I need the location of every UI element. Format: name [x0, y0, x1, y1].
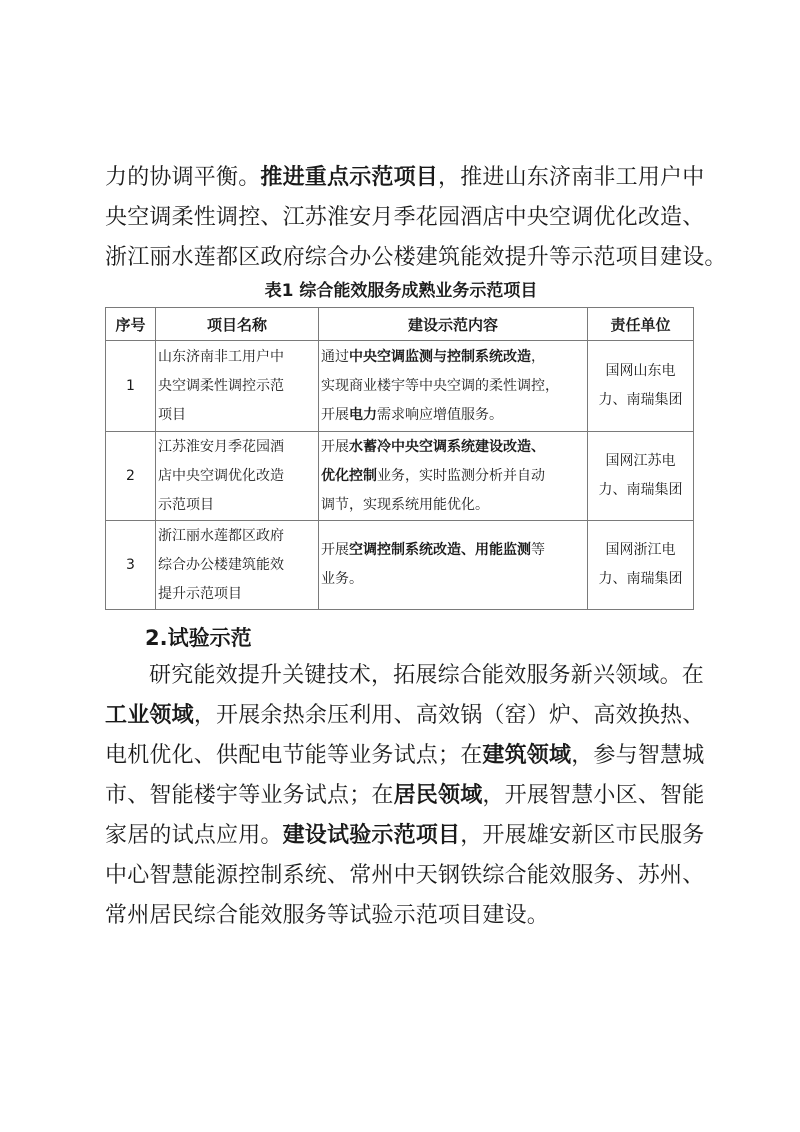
text-line: 工业领域，开展余热余压利用、高效锅（窑）炉、高效换热、 — [105, 696, 697, 736]
table-header-row: 序号 项目名称 建设示范内容 责任单位 — [106, 308, 694, 341]
cell-name: 江苏淮安月季花园酒 店中央空调优化改造 示范项目 — [156, 432, 319, 521]
cell-text: 开展水蓄冷中央空调系统建设改造、 — [321, 433, 585, 462]
text-span: 开展 — [321, 439, 349, 455]
text-span: 业务，实时监测分析并自动 — [377, 468, 545, 484]
text-span: 实现商业楼宇等中央空调的柔性调控， — [321, 378, 559, 394]
cell-content: 开展空调控制系统改造、用能监测等 业务。 — [319, 521, 588, 610]
cell-text: 项目 — [158, 401, 316, 430]
text-span: 需求响应增值服务。 — [377, 407, 503, 423]
cell-text: 力、南瑞集团 — [590, 476, 691, 505]
cell-name: 浙江丽水莲都区政府 综合办公楼建筑能效 提升示范项目 — [156, 521, 319, 610]
bold-text: 工业领域 — [105, 703, 194, 728]
table-row: 1 山东济南非工用户中 央空调柔性调控示范 项目 通过中央空调监测与控制系统改造… — [106, 341, 694, 432]
cell-text: 调节，实现系统用能优化。 — [321, 491, 585, 520]
text-line: 市、智能楼宇等业务试点；在居民领域，开展智慧小区、智能 — [105, 776, 697, 816]
cell-text: 店中央空调优化改造 — [158, 462, 316, 491]
cell-name: 山东济南非工用户中 央空调柔性调控示范 项目 — [156, 341, 319, 432]
cell-num: 3 — [106, 521, 156, 610]
text-span: 电机优化、供配电节能等业务试点；在 — [105, 743, 482, 768]
cell-text: 综合办公楼建筑能效 — [158, 551, 316, 580]
text-line: 常州居民综合能效服务等试验示范项目建设。 — [105, 896, 697, 936]
text-line: 研究能效提升关键技术，拓展综合能效服务新兴领域。在 — [105, 656, 697, 696]
text-span: ，推进山东济南非工用户中 — [438, 165, 704, 190]
cell-text: 业务。 — [321, 565, 585, 594]
text-span: 力的协调平衡。 — [105, 165, 260, 190]
projects-table: 序号 项目名称 建设示范内容 责任单位 1 山东济南非工用户中 央空调柔性调控示… — [105, 307, 694, 610]
text-span: 中心智慧能源控制系统、常州中天钢铁综合能效服务、苏州、 — [105, 863, 704, 888]
bold-text: 居民领域 — [394, 783, 483, 808]
text-span: ，开展雄安新区市民服务 — [460, 823, 704, 848]
bold-text: 空调控制系统改造、用能监测 — [349, 542, 531, 558]
bold-text: 建设试验示范项目 — [283, 823, 461, 848]
cell-text: 优化控制业务，实时监测分析并自动 — [321, 462, 585, 491]
bold-text: 建筑领域 — [482, 743, 571, 768]
text-line: 浙江丽水莲都区政府综合办公楼建筑能效提升等示范项目建设。 — [105, 238, 697, 278]
bold-text: 中央空调监测与控制系统改造 — [349, 349, 531, 365]
bold-text: 优化控制 — [321, 468, 377, 484]
cell-text: 提升示范项目 — [158, 580, 316, 609]
cell-text: 开展空调控制系统改造、用能监测等 — [321, 536, 585, 565]
text-line: 中心智慧能源控制系统、常州中天钢铁综合能效服务、苏州、 — [105, 856, 697, 896]
text-span: 市、智能楼宇等业务试点；在 — [105, 783, 394, 808]
text-line: 家居的试点应用。建设试验示范项目，开展雄安新区市民服务 — [105, 816, 697, 856]
cell-num: 2 — [106, 432, 156, 521]
cell-text: 国网浙江电 — [590, 536, 691, 565]
text-span: 家居的试点应用。 — [105, 823, 283, 848]
text-span: ，参与智慧城 — [571, 743, 704, 768]
intro-paragraph: 力的协调平衡。推进重点示范项目，推进山东济南非工用户中 央空调柔性调控、江苏淮安… — [105, 158, 697, 278]
text-span: 调节，实现系统用能优化。 — [321, 497, 489, 513]
table-row: 2 江苏淮安月季花园酒 店中央空调优化改造 示范项目 开展水蓄冷中央空调系统建设… — [106, 432, 694, 521]
header-unit: 责任单位 — [588, 308, 694, 341]
cell-content: 通过中央空调监测与控制系统改造， 实现商业楼宇等中央空调的柔性调控， 开展电力需… — [319, 341, 588, 432]
cell-text: 浙江丽水莲都区政府 — [158, 522, 316, 551]
bold-text: 推进重点示范项目 — [260, 165, 438, 190]
header-content: 建设示范内容 — [319, 308, 588, 341]
text-span: 浙江丽水莲都区政府综合办公楼建筑能效提升等示范项目建设。 — [105, 245, 727, 270]
text-span: ，开展智慧小区、智能 — [482, 783, 704, 808]
cell-text: 山东济南非工用户中 — [158, 343, 316, 372]
text-span: 开展 — [321, 407, 349, 423]
text-span: 业务。 — [321, 571, 363, 587]
text-span: 通过 — [321, 349, 349, 365]
cell-text: 力、南瑞集团 — [590, 386, 691, 415]
cell-unit: 国网山东电 力、南瑞集团 — [588, 341, 694, 432]
cell-text: 示范项目 — [158, 491, 316, 520]
cell-text: 国网江苏电 — [590, 447, 691, 476]
header-name: 项目名称 — [156, 308, 319, 341]
header-num: 序号 — [106, 308, 156, 341]
table-caption: 表1 综合能效服务成熟业务示范项目 — [105, 277, 697, 305]
cell-unit: 国网浙江电 力、南瑞集团 — [588, 521, 694, 610]
cell-text: 力、南瑞集团 — [590, 565, 691, 594]
text-span: 研究能效提升关键技术，拓展综合能效服务新兴领域。在 — [149, 663, 704, 688]
cell-text: 开展电力需求响应增值服务。 — [321, 401, 585, 430]
text-span: 常州居民综合能效服务等试验示范项目建设。 — [105, 903, 549, 928]
cell-text: 通过中央空调监测与控制系统改造， — [321, 343, 585, 372]
cell-text: 国网山东电 — [590, 357, 691, 386]
bold-text: 电力 — [349, 407, 377, 423]
text-line: 央空调柔性调控、江苏淮安月季花园酒店中央空调优化改造、 — [105, 198, 697, 238]
text-span: ， — [531, 349, 545, 365]
text-span: 央空调柔性调控、江苏淮安月季花园酒店中央空调优化改造、 — [105, 205, 704, 230]
cell-text: 实现商业楼宇等中央空调的柔性调控， — [321, 372, 585, 401]
cell-content: 开展水蓄冷中央空调系统建设改造、 优化控制业务，实时监测分析并自动 调节，实现系… — [319, 432, 588, 521]
cell-text: 央空调柔性调控示范 — [158, 372, 316, 401]
text-span: ，开展余热余压利用、高效锅（窑）炉、高效换热、 — [194, 703, 705, 728]
table-row: 3 浙江丽水莲都区政府 综合办公楼建筑能效 提升示范项目 开展空调控制系统改造、… — [106, 521, 694, 610]
cell-unit: 国网江苏电 力、南瑞集团 — [588, 432, 694, 521]
text-line: 电机优化、供配电节能等业务试点；在建筑领域，参与智慧城 — [105, 736, 697, 776]
text-line: 力的协调平衡。推进重点示范项目，推进山东济南非工用户中 — [105, 158, 697, 198]
cell-text: 江苏淮安月季花园酒 — [158, 433, 316, 462]
text-span: 开展 — [321, 542, 349, 558]
section-paragraph: 研究能效提升关键技术，拓展综合能效服务新兴领域。在 工业领域，开展余热余压利用、… — [105, 656, 697, 936]
text-span: 等 — [531, 542, 545, 558]
section-heading: 2.试验示范 — [145, 620, 252, 656]
cell-num: 1 — [106, 341, 156, 432]
bold-text: 水蓄冷中央空调系统建设改造、 — [349, 439, 545, 455]
